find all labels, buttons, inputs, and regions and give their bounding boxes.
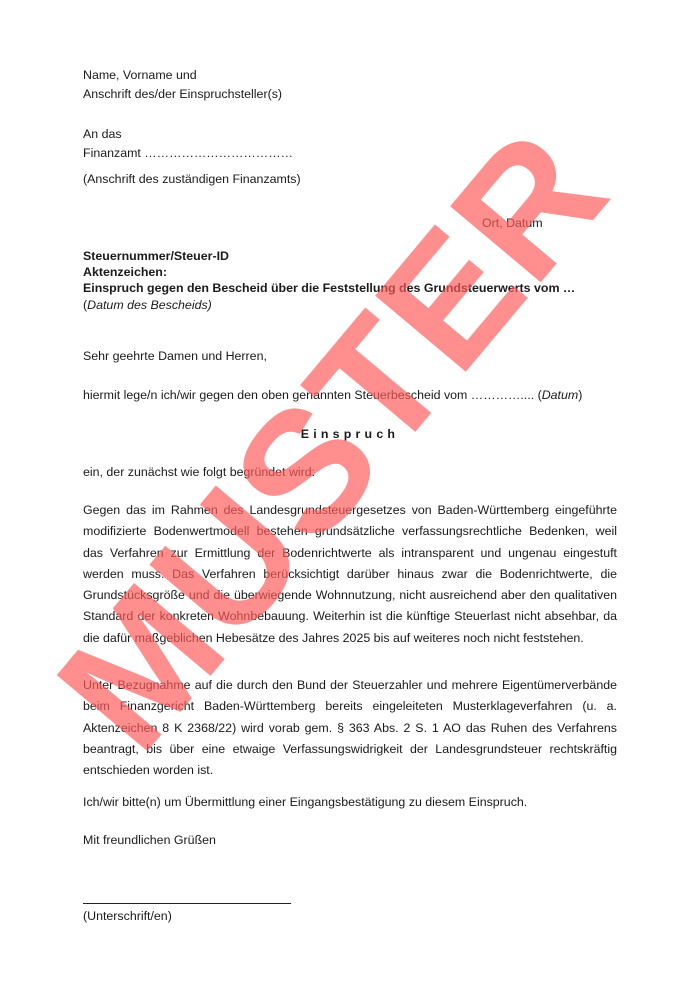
intro-text: hiermit lege/n ich/wir gegen den oben ge… [83, 388, 542, 402]
reason-intro: ein, der zunächst wie folgt begründet wi… [83, 463, 315, 482]
place-date: Ort, Datum [482, 214, 543, 233]
recipient-address-note: (Anschrift des zuständigen Finanzamts) [83, 170, 301, 189]
recipient-line-2: Finanzamt ……………………………… [83, 144, 293, 163]
salutation: Sehr geehrte Damen und Herren, [83, 347, 267, 366]
intro-sentence: hiermit lege/n ich/wir gegen den oben ge… [83, 386, 582, 405]
paragraph-reasons: Gegen das im Rahmen des Landesgrundsteue… [83, 500, 617, 649]
sender-line-1: Name, Vorname und [83, 66, 282, 85]
einspruch-heading: Einspruch [83, 425, 617, 444]
intro-close: ) [578, 388, 582, 402]
confirmation-request: Ich/wir bitte(n) um Übermittlung einer E… [83, 793, 527, 812]
recipient-line-1: An das [83, 125, 293, 144]
subject-note: (Datum des Bescheids) [83, 296, 575, 315]
signature-label: (Unterschrift/en) [83, 907, 172, 926]
intro-date-placeholder: Datum [542, 388, 579, 402]
recipient-block: An das Finanzamt ……………………………… [83, 125, 293, 163]
signature-line [83, 903, 291, 904]
reference-block: Steuernummer/Steuer-ID Aktenzeichen: Ein… [83, 247, 575, 315]
letter-page: Name, Vorname und Anschrift des/der Eins… [0, 0, 700, 991]
subject-note-italic: Datum des Bescheids) [87, 298, 212, 312]
closing-greeting: Mit freundlichen Grüßen [83, 831, 216, 850]
sender-line-2: Anschrift des/der Einspruchsteller(s) [83, 85, 282, 104]
sender-block: Name, Vorname und Anschrift des/der Eins… [83, 66, 282, 104]
paragraph-suspension-request: Unter Bezugnahme auf die durch den Bund … [83, 675, 617, 781]
